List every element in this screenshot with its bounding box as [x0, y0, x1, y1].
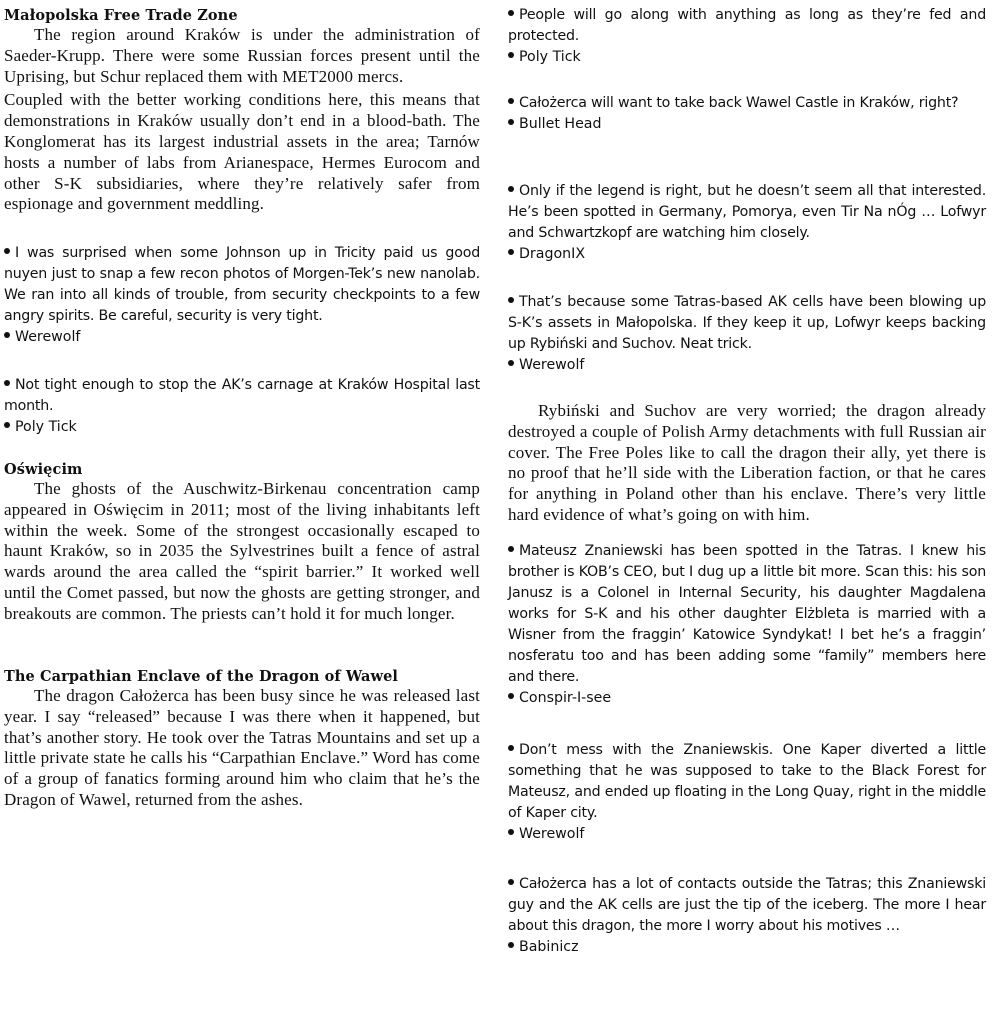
post-text: Not tight enough to stop the AK’s carnag… [4, 375, 480, 417]
post-author: DragonIX [508, 244, 986, 265]
post-author: Werewolf [508, 355, 986, 376]
bullet-icon [508, 249, 514, 255]
post: Only if the legend is right, but he does… [508, 181, 986, 265]
post: Don’t mess with the Znaniewskis. One Kap… [508, 740, 986, 845]
bullet-icon [508, 98, 514, 104]
bullet-icon [4, 422, 10, 428]
body-section: Rybiński and Suchov are very worried; th… [508, 401, 986, 526]
post-author: Werewolf [508, 824, 986, 845]
post: Mateusz Znaniewski has been spotted in t… [508, 541, 986, 709]
post-text: Całożerca will want to take back Wawel C… [508, 93, 986, 114]
post: People will go along with anything as lo… [508, 5, 986, 68]
section-heading: Oświęcim [4, 460, 480, 479]
bullet-icon [508, 693, 514, 699]
post-author: Babinicz [508, 937, 986, 958]
body-paragraph: Coupled with the better working conditio… [4, 90, 480, 215]
section-heading: Małopolska Free Trade Zone [4, 6, 480, 25]
bullet-icon [508, 119, 514, 125]
post-author: Poly Tick [508, 47, 986, 68]
bullet-icon [508, 546, 514, 552]
post: That’s because some Tatras-based AK cell… [508, 292, 986, 376]
bullet-icon [4, 332, 10, 338]
bullet-icon [508, 745, 514, 751]
post-text: People will go along with anything as lo… [508, 5, 986, 47]
post: Całożerca has a lot of contacts outside … [508, 874, 986, 958]
bullet-icon [508, 52, 514, 58]
section-malopolska: Małopolska Free Trade Zone The region ar… [4, 6, 480, 215]
bullet-icon [508, 360, 514, 366]
bullet-icon [4, 380, 10, 386]
bullet-icon [508, 879, 514, 885]
bullet-icon [4, 248, 10, 254]
bullet-icon [508, 942, 514, 948]
bullet-icon [508, 297, 514, 303]
section-oswiecim: Oświęcim The ghosts of the Auschwitz-Bir… [4, 460, 480, 625]
post: I was surprised when some Johnson up in … [4, 243, 480, 348]
post-text: That’s because some Tatras-based AK cell… [508, 292, 986, 355]
post-text: Don’t mess with the Znaniewskis. One Kap… [508, 740, 986, 824]
post-text: Mateusz Znaniewski has been spotted in t… [508, 541, 986, 688]
post-text: Only if the legend is right, but he does… [508, 181, 986, 244]
post: Not tight enough to stop the AK’s carnag… [4, 375, 480, 438]
post-author: Conspir-I-see [508, 688, 986, 709]
post-author: Bullet Head [508, 114, 986, 135]
post-text: I was surprised when some Johnson up in … [4, 243, 480, 327]
post: Całożerca will want to take back Wawel C… [508, 93, 986, 135]
bullet-icon [508, 10, 514, 16]
section-heading: The Carpathian Enclave of the Dragon of … [4, 667, 480, 686]
post-author: Werewolf [4, 327, 480, 348]
post-text: Całożerca has a lot of contacts outside … [508, 874, 986, 937]
body-paragraph: Rybiński and Suchov are very worried; th… [508, 401, 986, 526]
bullet-icon [508, 829, 514, 835]
section-carpathian-enclave: The Carpathian Enclave of the Dragon of … [4, 667, 480, 811]
post-author: Poly Tick [4, 417, 480, 438]
body-paragraph: The region around Kraków is under the ad… [4, 25, 480, 87]
body-paragraph: The dragon Całożerca has been busy since… [4, 686, 480, 811]
body-paragraph: The ghosts of the Auschwitz-Birkenau con… [4, 479, 480, 625]
bullet-icon [508, 186, 514, 192]
